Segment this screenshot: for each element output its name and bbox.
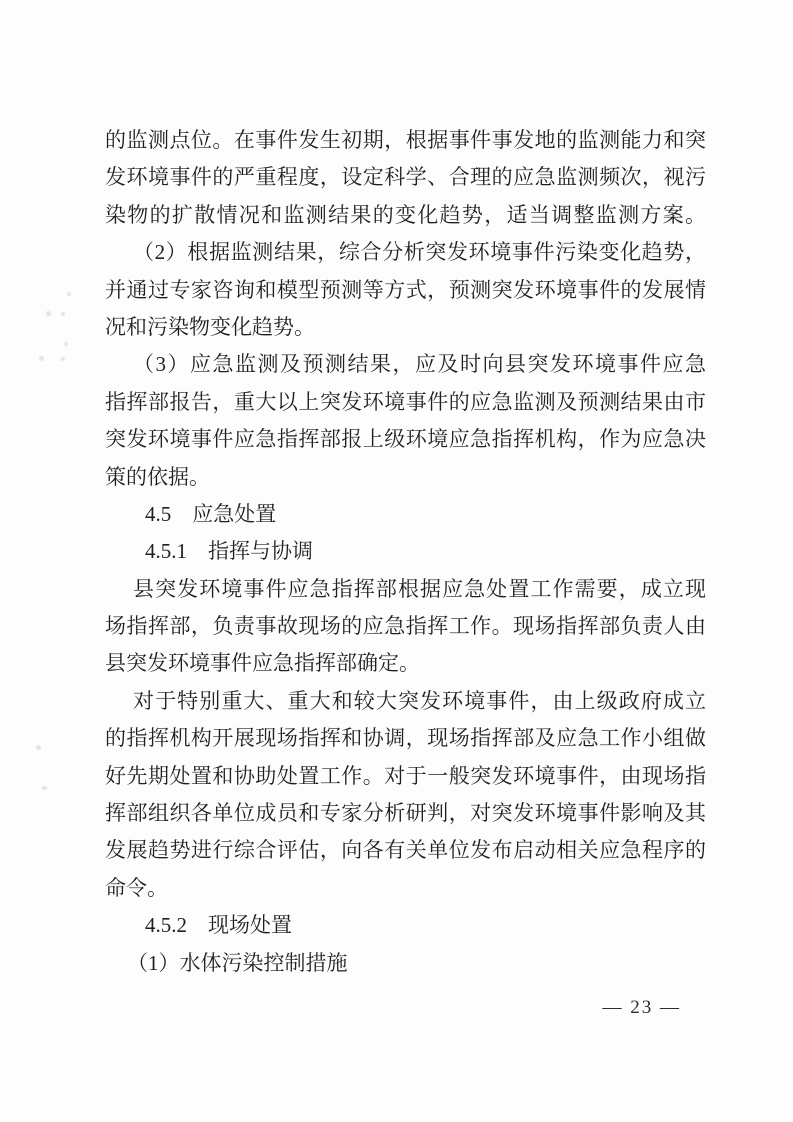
- scan-artifact-dot: [39, 356, 44, 361]
- text-line: 命令。: [105, 870, 706, 907]
- document-page: 的监测点位。在事件发生初期，根据事件事发地的监测能力和突发环境事件的严重程度，设…: [0, 0, 793, 1122]
- text-line: 况和污染物变化趋势。: [105, 309, 706, 346]
- scan-artifact-dot: [36, 745, 41, 750]
- text-line: 指挥部报告，重大以上突发环境事件的应急监测及预测结果由市: [105, 384, 706, 421]
- section-heading: 4.5.2 现场处置: [105, 907, 706, 944]
- text-line: 发环境事件的严重程度，设定科学、合理的应急监测频次，视污: [105, 159, 706, 196]
- section-heading: 4.5.1 指挥与协调: [105, 533, 706, 570]
- scan-artifact-dot: [61, 357, 65, 361]
- text-line: 发展趋势进行综合评估，向各有关单位发布启动相关应急程序的: [105, 832, 706, 869]
- text-line: 突发环境事件应急指挥部报上级环境应急指挥机构，作为应急决: [105, 421, 706, 458]
- text-line: （1）水体污染控制措施: [105, 945, 706, 982]
- scan-artifact-dot: [46, 311, 51, 316]
- page-number: — 23 —: [603, 997, 682, 1019]
- text-line: 好先期处置和协助处置工作。对于一般突发环境事件，由现场指: [105, 758, 706, 795]
- text-line: （3）应急监测及预测结果，应及时向县突发环境事件应急: [105, 346, 706, 383]
- scan-artifact-dot: [67, 292, 71, 296]
- text-line: 县突发环境事件应急指挥部确定。: [105, 645, 706, 682]
- text-line: 对于特别重大、重大和较大突发环境事件，由上级政府成立: [105, 683, 706, 720]
- text-line: 的监测点位。在事件发生初期，根据事件事发地的监测能力和突: [105, 122, 706, 159]
- text-line: 并通过专家咨询和模型预测等方式，预测突发环境事件的发展情: [105, 272, 706, 309]
- text-line: 染物的扩散情况和监测结果的变化趋势，适当调整监测方案。: [105, 197, 706, 234]
- text-line: 的指挥机构开展现场指挥和协调，现场指挥部及应急工作小组做: [105, 720, 706, 757]
- scan-artifact-dot: [64, 342, 68, 346]
- scan-artifact-dot: [61, 312, 65, 316]
- text-line: 挥部组织各单位成员和专家分析研判，对突发环境事件影响及其: [105, 795, 706, 832]
- text-line: 策的依据。: [105, 459, 706, 496]
- text-line: （2）根据监测结果，综合分析突发环境事件污染变化趋势，: [105, 234, 706, 271]
- document-body: 的监测点位。在事件发生初期，根据事件事发地的监测能力和突发环境事件的严重程度，设…: [105, 122, 706, 982]
- text-line: 场指挥部，负责事故现场的应急指挥工作。现场指挥部负责人由: [105, 608, 706, 645]
- scan-artifact-dot: [42, 786, 47, 790]
- section-heading: 4.5 应急处置: [105, 496, 706, 533]
- text-line: 县突发环境事件应急指挥部根据应急处置工作需要，成立现: [105, 571, 706, 608]
